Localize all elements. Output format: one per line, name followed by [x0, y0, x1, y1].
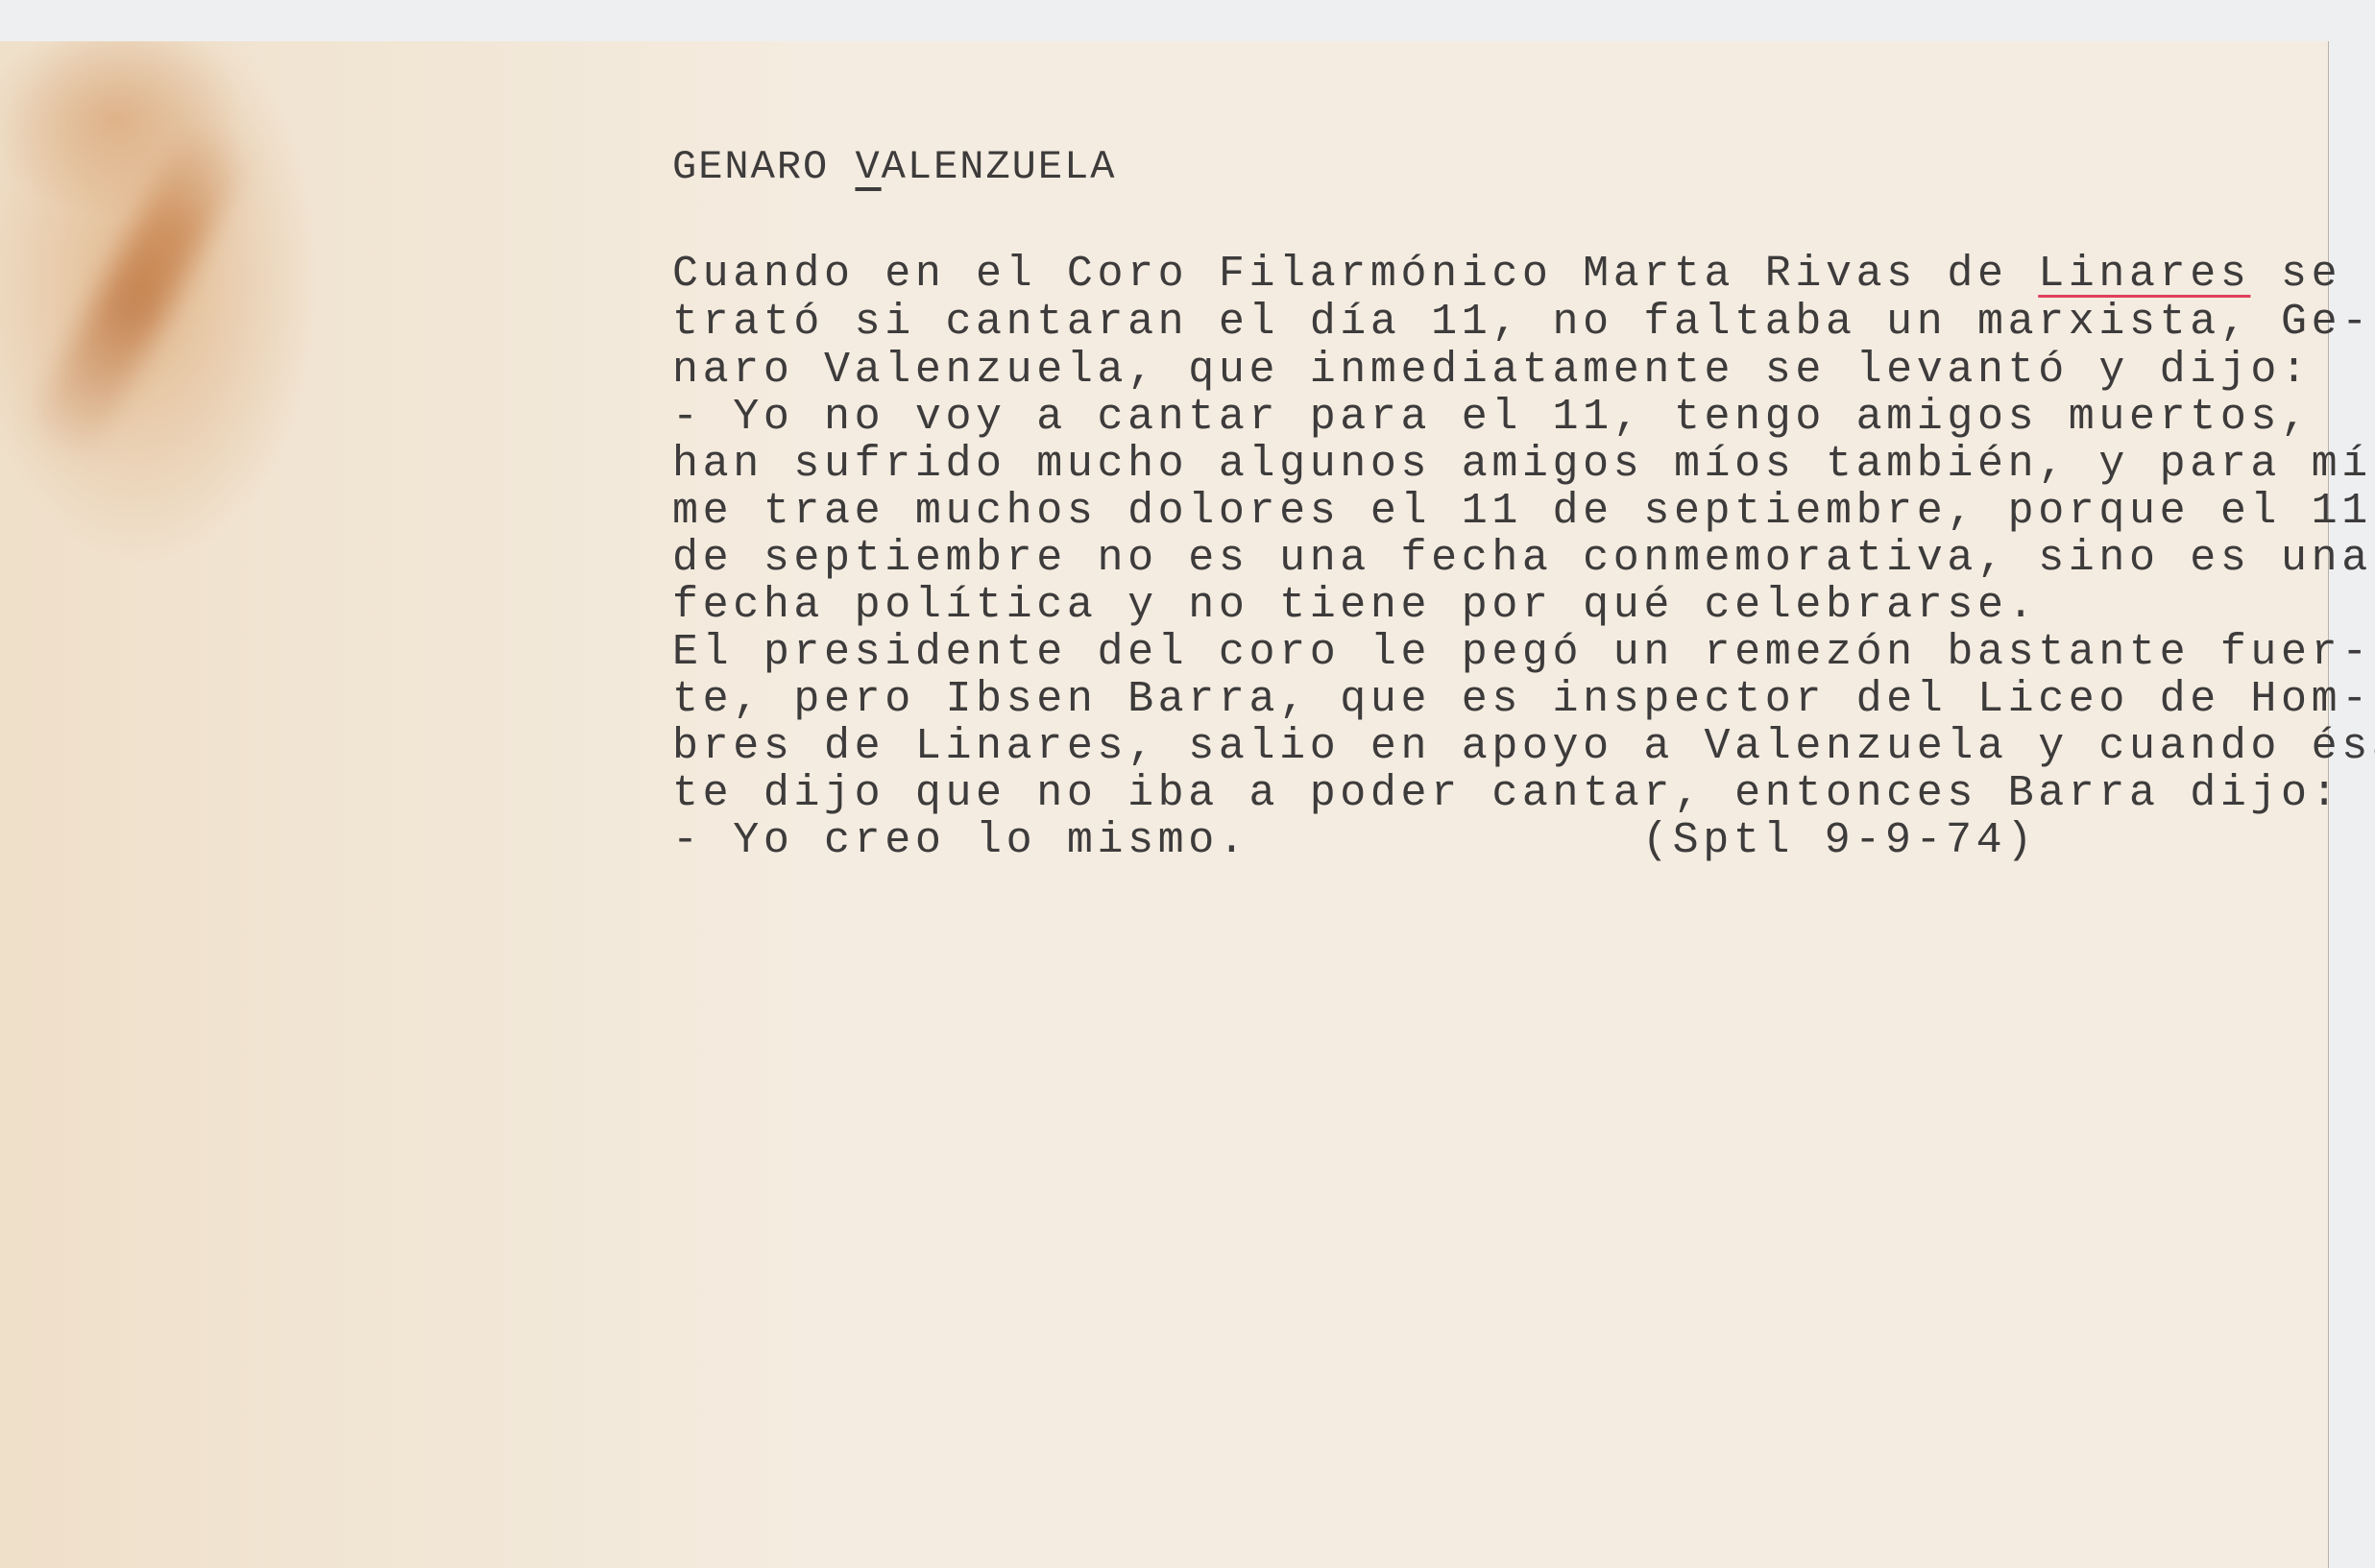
document-title: GENARO VALENZUELA — [672, 144, 1117, 190]
source-citation: (Sptl 9-9-74) — [1642, 816, 2037, 865]
rust-stain — [24, 114, 254, 468]
text-line: de septiembre no es una fecha conmemorat… — [672, 534, 2372, 583]
text-line: - Yo creo lo mismo. — [672, 816, 1248, 865]
text-line: naro Valenzuela, que inmediatamente se l… — [672, 346, 2312, 395]
text-line: han sufrido mucho algunos amigos míos ta… — [672, 440, 2372, 489]
text-line: - Yo no voy a cantar para el 11, tengo a… — [672, 393, 2312, 442]
line-segment: Cuando en el Coro Filarmónico Marta Riva… — [672, 250, 2038, 299]
text-line: me trae muchos dolores el 11 de septiemb… — [672, 487, 2372, 536]
text-line: bres de Linares, salio en apoyo a Valenz… — [672, 722, 2375, 771]
title-last-name-rest: ALENZUELA — [882, 144, 1117, 190]
text-line: El presidente del coro le pegó un remezó… — [672, 628, 2372, 677]
line-segment: se — [2250, 250, 2341, 299]
text-line: fecha política y no tiene por qué celebr… — [672, 581, 2038, 630]
text-line: te, pero Ibsen Barra, que es inspector d… — [672, 675, 2372, 724]
text-line: te dijo que no iba a poder cantar, enton… — [672, 769, 2341, 818]
title-underlined-initial: V — [855, 144, 881, 190]
title-first-name: GENARO — [672, 144, 855, 190]
text-line: trató si cantaran el día 11, no faltaba … — [672, 298, 2372, 347]
text-line: Cuando en el Coro Filarmónico Marta Riva… — [672, 250, 2341, 299]
underlined-word-linares: Linares — [2038, 250, 2250, 299]
